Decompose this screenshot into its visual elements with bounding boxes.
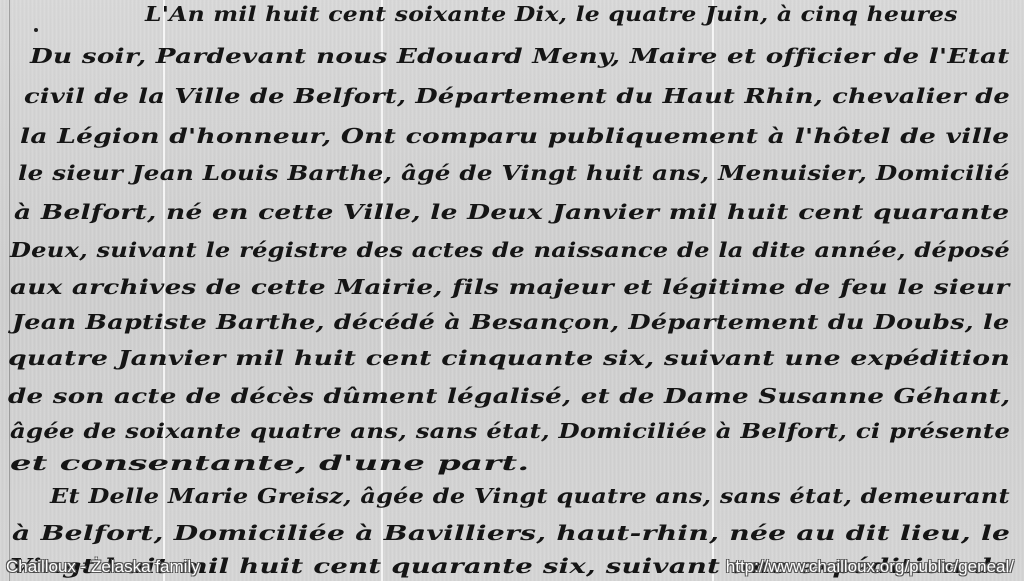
handwritten-line: âgée de soixante quatre ans, sans état, … [10,419,1010,443]
handwritten-line: la Légion d'honneur, Ont comparu publiqu… [20,124,1009,148]
handwritten-line: le sieur Jean Louis Barthe, âgé de Vingt… [18,161,1010,185]
handwritten-line: civil de la Ville de Belfort, Départemen… [24,84,1010,108]
handwritten-line: quatre Janvier mil huit cent cinquante s… [8,346,1010,370]
handwritten-line: aux archives de cette Mairie, fils majeu… [10,275,1009,299]
handwritten-line: Et Delle Marie Greisz, âgée de Vingt qua… [50,484,1010,508]
handwritten-line: de son acte de décès dûment légalisé, et… [8,384,1010,408]
handwritten-line: à Belfort, né en cette Ville, le Deux Ja… [14,200,1009,224]
scanned-document-page: L'An mil huit cent soixante Dix, le quat… [0,0,1024,581]
watermark-url: http://www.chailloux.org/public/geneal/ [726,557,1014,577]
handwritten-line: Jean Baptiste Barthe, décédé à Besançon,… [12,310,1009,334]
handwritten-line: Du soir, Pardevant nous Edouard Meny, Ma… [30,44,1010,68]
handwritten-line: à Belfort, Domiciliée à Bavilliers, haut… [12,521,1010,545]
watermark-family-name: Chailloux - Żelaska family [6,557,200,577]
handwritten-line: et consentante, d'une part. [10,451,529,475]
handwritten-line: L'An mil huit cent soixante Dix, le quat… [145,2,958,26]
margin-mark [34,28,38,32]
handwritten-line: Deux, suivant le régistre des actes de n… [10,238,1010,262]
